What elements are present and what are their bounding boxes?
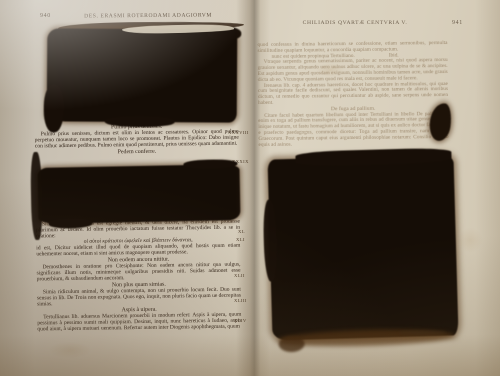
margin-number-43: XLIII [234,298,247,303]
redaction-block-left-top [47,28,238,122]
margin-number-44: XLIV [234,318,247,323]
right-page: CHILIADIS QVARTÆ CENTVRIA V. 941 quod co… [250,0,500,376]
left-page-number: 940 [40,13,51,19]
right-running-title: CHILIADIS QVARTÆ CENTVRIA V. [280,20,430,26]
right-paragraph-3: Irenaeus lib. cap. 4 aduersus haereticos… [258,82,448,107]
margin-number-40: XL [238,229,245,234]
ink-spur [105,116,175,127]
adage-paragraph-pulmo: Pulmo prius uenisses, dictum est olim in… [35,129,239,150]
book-photo: 940 DES. ERASMI ROTERODAMI ADAGIORVM Pul… [0,0,500,376]
ink-spur [183,159,237,169]
right-paragraph-2: Vtraque serpentis genus uenenatissimum, … [258,58,448,83]
redaction-block-left-middle [37,164,240,224]
ink-drip [278,336,304,353]
left-page: 940 DES. ERASMI ROTERODAMI ADAGIORVM Pul… [0,0,250,376]
right-page-number: 941 [452,20,463,26]
ink-spur [295,147,451,166]
adage-paragraph-simias: Simia ridiculum animal, & uulgo contempt… [37,287,241,308]
margin-number-38: XXXVIII [228,130,249,135]
margin-number-42: XLII [234,273,245,278]
ink-spur [44,84,64,132]
right-text-column: quod confessus in diuina haereticorum se… [257,41,448,148]
adage-paragraph-aspis: Tertullianus lib. aduersus Marcionem pro… [37,312,241,333]
right-paragraph-4: Citare facul habet quartum libellum quod… [258,112,448,149]
margin-number-41: XLI [236,237,245,242]
adage-paragraph-ancora: Demosthenes in oratione pro Ctesiphonte:… [37,262,241,283]
redaction-block-right [268,154,459,340]
ink-smudge-bottom [398,330,446,335]
ink-spur [263,199,278,281]
left-running-title: DES. ERASMI ROTERODAMI ADAGIORVM [60,12,236,19]
